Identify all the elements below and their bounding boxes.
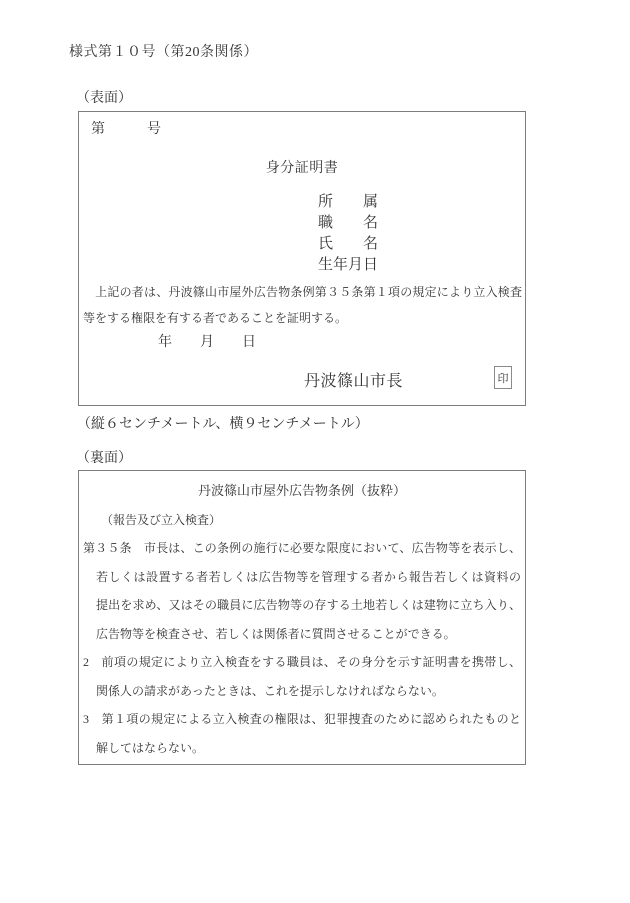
front-side-label: （表面） bbox=[76, 87, 132, 107]
certificate-number-line: 第 号 bbox=[91, 118, 161, 138]
certification-statement: 上記の者は、丹波篠山市屋外広告物条例第３５条第１項の規定により立入検査 等をする… bbox=[83, 279, 522, 331]
ordinance-section-heading: （報告及び立入検査） bbox=[83, 506, 521, 535]
ordinance-text-line: 提出を求め、又はその職員に広告物等の存する土地若しくは建物に立ち入り、 bbox=[83, 591, 521, 620]
ordinance-text-line: 第３５条 市長は、この条例の施行に必要な限度において、広告物等を表示し、 bbox=[83, 534, 521, 563]
statement-line: 上記の者は、丹波篠山市屋外広告物条例第３５条第１項の規定により立入検査 bbox=[83, 279, 522, 305]
seal-mark: 印 bbox=[498, 370, 509, 386]
document-page: 様式第１０号（第20条関係） （表面） 第 号 身分証明書 所 属 職 名 氏 … bbox=[0, 0, 630, 903]
ordinance-text-line: 広告物等を検査させ、若しくは関係者に質問させることができる。 bbox=[83, 620, 521, 649]
card-size-note: （縦６センチメートル、横９センチメートル） bbox=[77, 413, 369, 433]
form-number-label: 様式第１０号（第20条関係） bbox=[69, 41, 258, 61]
ordinance-text-line: 関係人の請求があったときは、これを提示しなければならない。 bbox=[83, 677, 521, 706]
field-job-title-label: 職 名 bbox=[318, 213, 378, 234]
issue-date-line: 年 月 日 bbox=[158, 331, 256, 351]
field-birthdate-label: 生年月日 bbox=[318, 255, 378, 276]
id-card-front: 第 号 身分証明書 所 属 職 名 氏 名 生年月日 上記の者は、丹波篠山市屋外… bbox=[78, 111, 526, 406]
certificate-fields: 所 属 職 名 氏 名 生年月日 bbox=[318, 192, 378, 276]
ordinance-text-line: 解してはならない。 bbox=[83, 734, 521, 763]
ordinance-title: 丹波篠山市屋外広告物条例（抜粋） bbox=[83, 477, 521, 506]
field-name-label: 氏 名 bbox=[318, 234, 378, 255]
certificate-title: 身分証明書 bbox=[79, 157, 525, 177]
seal-box: 印 bbox=[494, 366, 512, 389]
ordinance-excerpt-card: 丹波篠山市屋外広告物条例（抜粋） （報告及び立入検査） 第３５条 市長は、この条… bbox=[78, 470, 526, 765]
statement-line: 等をする権限を有する者であることを証明する。 bbox=[83, 305, 522, 331]
ordinance-text-line: 3 第１項の規定による立入検査の権限は、犯罪捜査のために認められたものと bbox=[83, 705, 521, 734]
back-side-label: （裏面） bbox=[76, 447, 132, 467]
issuer-name: 丹波篠山市長 bbox=[304, 368, 403, 391]
ordinance-text-line: 若しくは設置する者若しくは広告物等を管理する者から報告若しくは資料の bbox=[83, 563, 521, 592]
ordinance-text-line: 2 前項の規定により立入検査をする職員は、その身分を示す証明書を携帯し、 bbox=[83, 648, 521, 677]
field-affiliation-label: 所 属 bbox=[318, 192, 378, 213]
